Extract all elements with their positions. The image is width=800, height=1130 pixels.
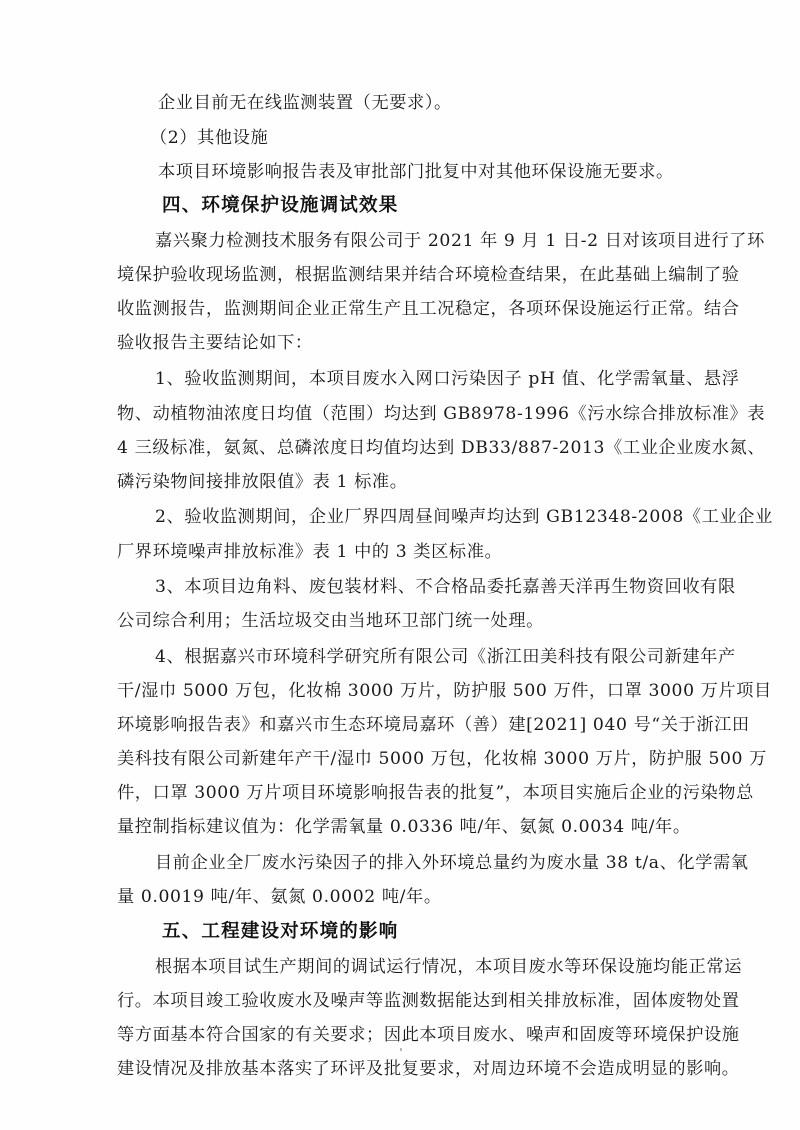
list-item-line: 干/湿巾 5000 万包，化妆棉 3000 万片，防护服 500 万件，口罩 3… [117, 680, 683, 702]
paragraph-line: 嘉兴聚力检测技术服务有限公司于 2021 年 9 月 1 日-2 日对该项目进行… [155, 230, 683, 252]
list-item-line: 物、动植物油浓度日均值（范围）均达到 GB8978-1996《污水综合排放标准》… [117, 403, 683, 425]
subsection-title: （2）其他设施 [150, 127, 716, 149]
list-item-line: 4 三级标准，氨氮、总磷浓度日均值均达到 DB33/887-2013《工业企业废… [117, 437, 683, 459]
paragraph-line: 本项目环境影响报告表及审批部门批复中对其他环保设施无要求。 [158, 161, 724, 183]
paragraph-line: 量 0.0019 吨/年、氨氮 0.0002 吨/年。 [117, 886, 683, 908]
paragraph-line: 验收报告主要结论如下： [117, 332, 683, 354]
scan-speck [400, 1048, 402, 1051]
paragraph-line: 建设情况及排放基本落实了环评及批复要求，对周边环境不会造成明显的影响。 [117, 1058, 683, 1080]
list-item-line: 3、本项目边角料、废包装材料、不合格品委托嘉善天洋再生物资回收有限 [155, 576, 683, 598]
list-item-line: 4、根据嘉兴市环境科学研究所有限公司《浙江田美科技有限公司新建年产 [155, 646, 683, 668]
list-item-line: 1、验收监测期间，本项目废水入网口污染因子 pH 值、化学需氧量、悬浮 [155, 368, 683, 390]
list-item-line: 公司综合利用；生活垃圾交由当地环卫部门统一处理。 [117, 610, 683, 632]
list-item-line: 美科技有限公司新建年产干/湿巾 5000 万包，化妆棉 3000 万片，防护服 … [117, 748, 683, 770]
list-item-line: 厂界环境噪声排放标准》表 1 中的 3 类区标准。 [117, 541, 683, 563]
list-item-line: 环境影响报告表》和嘉兴市生态环境局嘉环（善）建[2021] 040 号“关于浙江… [117, 714, 683, 736]
paragraph-line: 等方面基本符合国家的有关要求；因此本项目废水、噪声和固废等环境保护设施 [117, 1024, 683, 1046]
paragraph-line: 境保护验收现场监测，根据监测结果并结合环境检查结果，在此基础上编制了验 [117, 264, 683, 286]
section-heading-4: 四、环境保护设施调试效果 [162, 194, 398, 218]
list-item-line: 2、验收监测期间，企业厂界四周昼间噪声均达到 GB12348-2008《工业企业 [155, 506, 683, 528]
list-item-line: 件，口罩 3000 万片项目环境影响报告表的批复”，本项目实施后企业的污染物总 [117, 782, 683, 804]
document-page: 企业目前无在线监测装置（无要求）。 （2）其他设施 本项目环境影响报告表及审批部… [0, 0, 800, 1130]
paragraph-line: 行。本项目竣工验收废水及噪声等监测数据能达到相关排放标准，固体废物处置 [117, 990, 683, 1012]
list-item-line: 磷污染物间接排放限值》表 1 标准。 [117, 471, 683, 493]
paragraph-line: 根据本项目试生产期间的调试运行情况，本项目废水等环保设施均能正常运 [155, 956, 683, 978]
paragraph-line: 企业目前无在线监测装置（无要求）。 [158, 92, 724, 114]
list-item-line: 量控制指标建议值为：化学需氧量 0.0336 吨/年、氨氮 0.0034 吨/年… [117, 816, 683, 838]
section-heading-5: 五、工程建设对环境的影响 [162, 920, 398, 944]
paragraph-line: 收监测报告，监测期间企业正常生产且工况稳定，各项环保设施运行正常。结合 [117, 298, 683, 320]
paragraph-line: 目前企业全厂废水污染因子的排入外环境总量约为废水量 38 t/a、化学需氧 [155, 852, 683, 874]
